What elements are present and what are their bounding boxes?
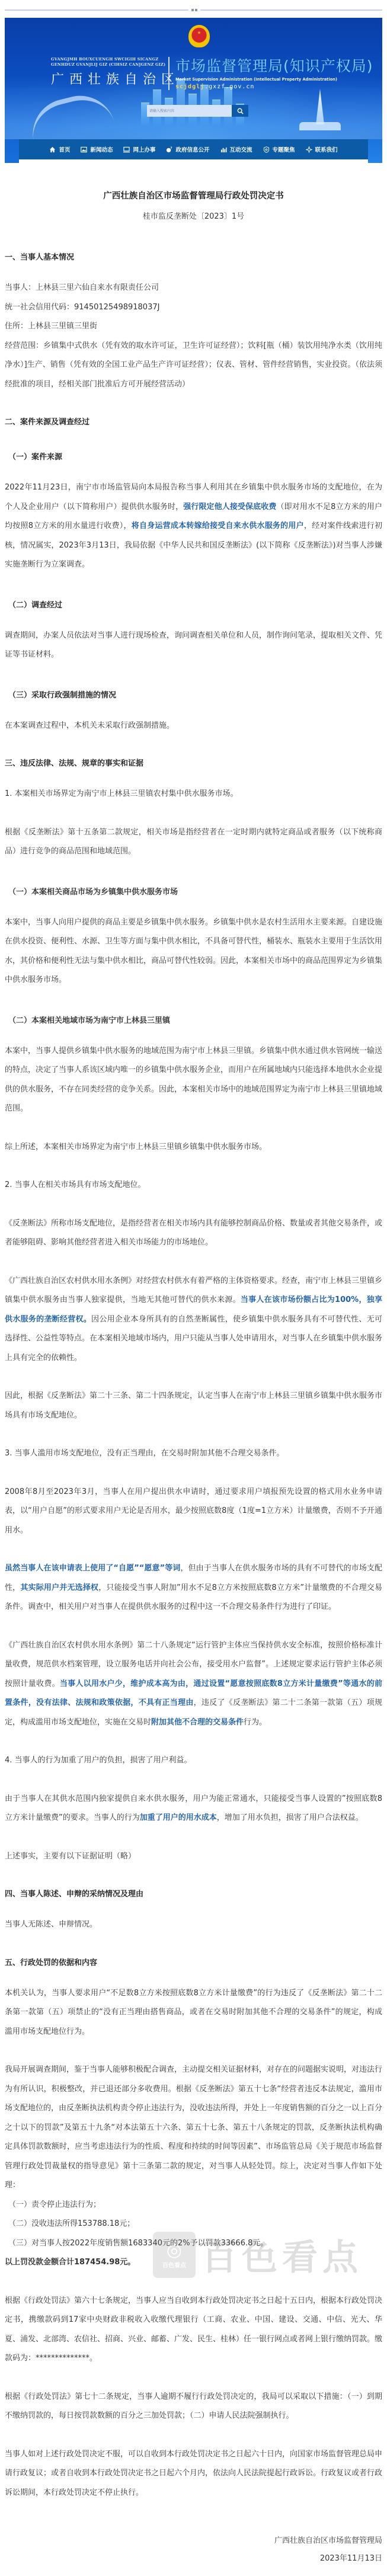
fact-paragraph: 本案中，当事人提供乡镇集中供水服务的地域范围为南宁市上林县三里镇。乡镇集中供水通… xyxy=(5,1042,382,1119)
bureau-name-en: Market Supervision Administration (Intel… xyxy=(175,77,373,82)
text: ，增加了用水负担，损害了用户合法权益。 xyxy=(217,1813,363,1822)
nav-item-label: 联系我们 xyxy=(315,145,338,153)
site-url: scjdglj.gxzf.gov.cn xyxy=(175,84,373,90)
case-source-paragraph: 2022年11月23日，南宁市市场监管局向本局报告称当事人利用其在乡镇集中供水服… xyxy=(5,478,382,575)
business-scope: 经营范围：乡镇集中式供水（凭有效的取水许可证，卫生许可证经营）；饮料[瓶（桶）装… xyxy=(5,337,382,395)
divider-marks xyxy=(188,7,200,13)
search-button[interactable] xyxy=(232,105,248,117)
site-banner: GVANGJMH BOUXCUENGH SWCIGIH SICANGZ GENH… xyxy=(5,18,382,163)
search-icon xyxy=(237,108,244,114)
nav-item-home[interactable]: 首页 xyxy=(49,145,70,153)
chart-icon xyxy=(220,146,227,153)
penalty-decision-document: 广西壮族自治区市场监督管理局行政处罚决定书 桂市监反垄断处〔2023〕1号 一、… xyxy=(0,189,387,2576)
subheading-coercive-measures: （三）采取行政强制措施的情况 xyxy=(5,689,382,700)
shield-icon xyxy=(263,146,270,153)
document-number: 桂市监反垄断处〔2023〕1号 xyxy=(5,210,382,221)
party-address: 住所：上林县三里镇三里街 xyxy=(5,317,382,337)
fact-paragraph: 《反垄断法》所称市场支配地位，是指经营者在相关市场内具有能够控制商品价格、数量或… xyxy=(5,1214,382,1253)
banner-frame-left xyxy=(5,139,19,163)
monitor-icon xyxy=(123,146,130,153)
nav-item-label: 网上办事 xyxy=(133,145,155,153)
site-search xyxy=(147,105,248,117)
payment-paragraph: 根据《行政处罚法》第六十七条规定，当事人应当自收到本行政处罚决定书之日起十五日内… xyxy=(5,2292,382,2369)
appeal-paragraph: 当事人如对上述行政处罚决定不服，可以自收到本行政处罚决定书之日起六十日内，向国家… xyxy=(5,2445,382,2503)
fact-paragraph: 1. 本案相关市场界定为南宁市上林县三里镇农村集中供水服务市场。 xyxy=(5,785,382,804)
credit-code: 统一社会信用代码：91450125498918037J xyxy=(5,298,382,318)
site-url-rest: .gxzf.gov.cn xyxy=(204,84,254,90)
penalty-item: （一）责令停止违法行为； xyxy=(5,2196,382,2215)
site-url-highlight: scjdglj xyxy=(175,84,204,90)
region-logo[interactable]: GVANGJMH BOUXCUENGH SWCIGIH SICANGZ GENH… xyxy=(51,57,167,88)
section-heading-statements: 四、当事人陈述、申辩的采纳情况及理由 xyxy=(5,1887,382,1899)
nav-item-label: 专题聚焦 xyxy=(273,145,295,153)
fact-paragraph: 《广西壮族自治区农村供水用水条例》对经营农村供水有着严格的主体资格要求。经查，南… xyxy=(5,1272,382,1368)
fact-paragraph: 4. 当事人的行为加重了用户的负担，损害了用户利益。 xyxy=(5,1751,382,1771)
statements-paragraph: 当事人无陈述、申辩情况。 xyxy=(5,1915,382,1935)
fact-paragraph: 根据《反垄断法》第十五条第二款规定，相关市场是指经营者在一定时期内就特定商品或者… xyxy=(5,823,382,862)
fact-paragraph: 本案中，当事人向用户提供的商品主要是乡镇集中供水服务。乡镇集中供水是农村生活用水… xyxy=(5,913,382,990)
top-divider xyxy=(0,0,387,18)
fact-paragraph: 2. 当事人在相关市场具有市场支配地位。 xyxy=(5,1176,382,1195)
nav-item-online-services[interactable]: 网上办事 xyxy=(123,145,155,153)
subheading-case-source: （一）案件来源 xyxy=(5,450,382,462)
fact-paragraph: 2008年8月至2023年3月，当事人在用户提出供水申请时，通过要求用户填报预先… xyxy=(5,1483,382,1541)
highlight-text: 虽然当事人在该申请表上使用了“自愿”“愿意”等词 xyxy=(5,1564,180,1573)
evidence-note: 上述事实，主要有以下证据证明（略） xyxy=(5,1847,382,1867)
search-input[interactable] xyxy=(147,105,232,117)
region-roman-line1: GVANGJMH BOUXCUENGH SWCIGIH SICANGZ xyxy=(51,57,167,62)
nav-item-topics[interactable]: 专题聚焦 xyxy=(263,145,295,153)
subheading-product-market: （一）本案相关商品市场为乡镇集中供水服务市场 xyxy=(5,885,382,897)
penalty-paragraph: 本机关认为，当事人要求用户“不足数8立方米按照底数8立方米计量缴费”的行为违反了… xyxy=(5,1984,382,2042)
bureau-logo[interactable]: 市场监督管理局(知识产权局) Market Supervision Admini… xyxy=(175,55,373,90)
nav-item-interaction[interactable]: 互动交流 xyxy=(220,145,252,153)
fact-paragraph: 由于当事人在其供水范围内独家提供自来水供水服务，用户为能正常通水，只能接受当事人… xyxy=(5,1790,382,1828)
main-nav: 首页 新闻动态 网上办事 ? 政府信息公开 互动交流 专题聚焦 xyxy=(19,139,368,159)
banner-frame-right xyxy=(368,139,382,163)
region-roman-line2: GENHDUZ GVANJLIJ GIZ (CIHSIZ CANJGENZ GI… xyxy=(51,62,167,68)
nav-item-label: 首页 xyxy=(59,145,70,153)
region-name: 广西壮族自治区 xyxy=(51,69,167,88)
penalty-item: （二）没收违法所得153788.18元； xyxy=(5,2215,382,2234)
svg-text:?: ? xyxy=(171,146,172,150)
section-heading-facts-evidence: 三、违反法律、法规、规章的事实和证据 xyxy=(5,757,382,768)
penalty-item: （三）对当事人按2022年度销售额1683340元的2%予以罚款33666.8元… xyxy=(5,2234,382,2254)
bureau-name: 市场监督管理局(知识产权局) xyxy=(175,55,373,76)
info-icon: ? xyxy=(166,146,172,153)
document-title: 广西壮族自治区市场监督管理局行政处罚决定书 xyxy=(5,189,382,201)
fact-paragraph: 综上所述，本案相关市场界定为南宁市上林县三里镇乡镇集中供水服务市场。 xyxy=(5,1138,382,1157)
nav-item-gov-info[interactable]: ? 政府信息公开 xyxy=(166,145,209,153)
nav-item-label: 政府信息公开 xyxy=(175,145,209,153)
signature-date: 2023年11月13日 xyxy=(5,2550,382,2568)
enforcement-paragraph: 根据《行政处罚法》第七十二条规定，当事人逾期不履行行政处罚决定的，我局可以采取以… xyxy=(5,2388,382,2426)
breadcrumb: 当前位置： 首页 > 政府信息公开 > 法定主动公开内容 > 行政执法公示 xyxy=(19,159,368,163)
section-heading-case-source: 二、案件来源及调查经过 xyxy=(5,415,382,427)
coercive-measures-paragraph: 在本案调查过程中，本机关未采取行政强制措施。 xyxy=(5,716,382,736)
subheading-geographic-market: （二）本案相关地域市场为南宁市上林县三里镇 xyxy=(5,1014,382,1025)
page: GVANGJMH BOUXCUENGH SWCIGIH SICANGZ GENH… xyxy=(0,0,387,2576)
fact-paragraph: 3. 当事人滥用市场支配地位，没有正当理由，在交易时附加其他不合理交易条件。 xyxy=(5,1444,382,1464)
text: 行为。 xyxy=(244,1718,267,1727)
penalty-paragraph: 我局开展调查期间，鉴于当事人能够积极配合调查，主动提交相关证据材料，对存在的问题… xyxy=(5,2060,382,2196)
section-heading-penalty: 五、行政处罚的依据和内容 xyxy=(5,1956,382,1967)
section-heading-party-info: 一、当事人基本情况 xyxy=(5,251,382,262)
highlight-text: 加重了用户的用水成本 xyxy=(140,1813,217,1822)
logo-separator xyxy=(168,57,169,90)
highlight-text: 强行限定他人接受保底收费 xyxy=(183,503,276,511)
party-name: 当事人：上林县三里六仙自来水有限责任公司 xyxy=(5,279,382,298)
investigation-paragraph: 调查期间，办案人员依法对当事人进行现场检查，询问调查相关单位和人员，制作询问笔录… xyxy=(5,626,382,665)
subheading-investigation: （二）调查经过 xyxy=(5,599,382,610)
fact-paragraph: 虽然当事人在该申请表上使用了“自愿”“愿意”等词，但由于当事人在供水服务市场的具… xyxy=(5,1559,382,1617)
fact-paragraph: 《广西壮族自治区农村供水用水条例》第二十八条规定“运行管护主体应当保持供水安全标… xyxy=(5,1636,382,1733)
highlight-text: 其实际用户并无选择权 xyxy=(20,1583,98,1592)
tower-illustration xyxy=(299,89,341,130)
nav-item-label: 新闻动态 xyxy=(90,145,113,153)
highlight-text: 将自身运营成本转嫁给接受自来水供水服务的用户 xyxy=(132,521,304,530)
highlight-text: 附加其他不合理的交易条件 xyxy=(151,1718,244,1727)
contact-icon xyxy=(306,146,312,153)
home-icon xyxy=(49,146,56,153)
nav-item-contact[interactable]: 联系我们 xyxy=(306,145,338,153)
nav-item-label: 互动交流 xyxy=(230,145,252,153)
signature-block: 广西壮族自治区市场监督管理局 2023年11月13日 xyxy=(5,2532,382,2568)
fact-paragraph: 因此，根据《反垄断法》第二十三条、第二十四条规定，认定当事人在南宁市上林县三里镇… xyxy=(5,1387,382,1425)
image-icon xyxy=(81,146,87,153)
penalty-total: 以上罚没款金额合计187454.98元。 xyxy=(5,2253,382,2273)
national-emblem-icon xyxy=(188,25,210,47)
nav-item-news[interactable]: 新闻动态 xyxy=(81,145,113,153)
signature-org: 广西壮族自治区市场监督管理局 xyxy=(5,2532,382,2550)
